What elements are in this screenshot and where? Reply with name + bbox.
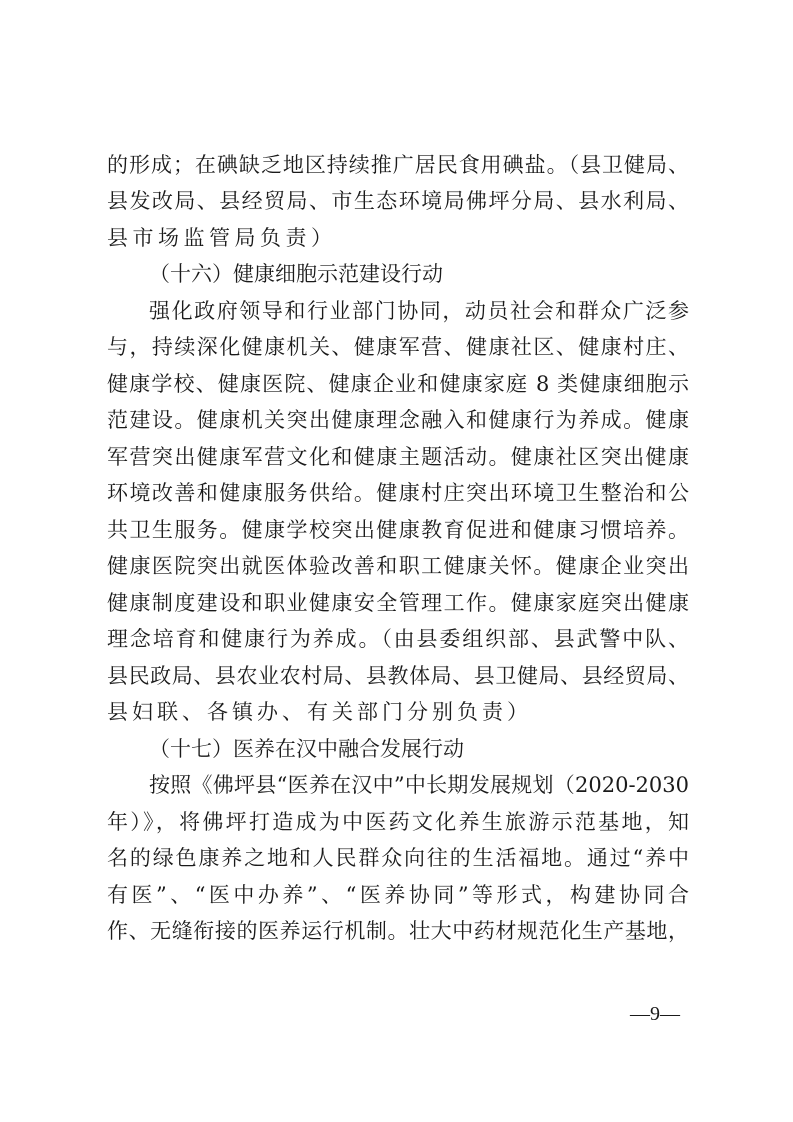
document-page: 的形成；在碘缺乏地区持续推广居民食用碘盐。（县卫健局、 县发改局、县经贸局、市生… [0,0,793,1122]
text-line: 与，持续深化健康机关、健康军营、健康社区、健康村庄、 [107,334,689,360]
text-line: 的形成；在碘缺乏地区持续推广居民食用碘盐。（县卫健局、 [107,152,689,178]
text-line: 名的绿色康养之地和人民群众向往的生活福地。通过“养中 [107,845,689,871]
text-line: 按照《佛坪县“医养在汉中”中长期发展规划（2020-2030 [149,772,689,798]
text-line: 县妇联、各镇办、有关部门分别负责） [107,699,689,725]
text-line: 健康学校、健康医院、健康企业和健康家庭 8 类健康细胞示 [107,371,689,397]
text-line: 健康医院突出就医体验改善和职工健康关怀。健康企业突出 [107,553,689,579]
section-heading-17: （十七）医养在汉中融合发展行动 [149,736,689,762]
text-line: 军营突出健康军营文化和健康主题活动。健康社区突出健康 [107,444,689,470]
text-line: 理念培育和健康行为养成。（由县委组织部、县武警中队、 [107,626,689,652]
text-line: 环境改善和健康服务供给。健康村庄突出环境卫生整治和公 [107,480,689,506]
page-number: —9— [630,1003,680,1026]
text-line: 健康制度建设和职业健康安全管理工作。健康家庭突出健康 [107,590,689,616]
text-line: 县市场监管局负责） [107,225,689,251]
text-line: 县发改局、县经贸局、市生态环境局佛坪分局、县水利局、 [107,188,689,214]
text-line: 范建设。健康机关突出健康理念融入和健康行为养成。健康 [107,407,689,433]
text-line: 县民政局、县农业农村局、县教体局、县卫健局、县经贸局、 [107,663,689,689]
text-line: 年）》，将佛坪打造成为中医药文化养生旅游示范基地，知 [107,809,689,835]
text-line: 共卫生服务。健康学校突出健康教育促进和健康习惯培养。 [107,517,689,543]
text-line: 有医”、“医中办养”、“医养协同”等形式，构建协同合 [107,882,689,908]
section-heading-16: （十六）健康细胞示范建设行动 [149,261,689,287]
text-line: 强化政府领导和行业部门协同，动员社会和群众广泛参 [149,298,689,324]
text-line: 作、无缝衔接的医养运行机制。壮大中药材规范化生产基地， [107,918,689,944]
